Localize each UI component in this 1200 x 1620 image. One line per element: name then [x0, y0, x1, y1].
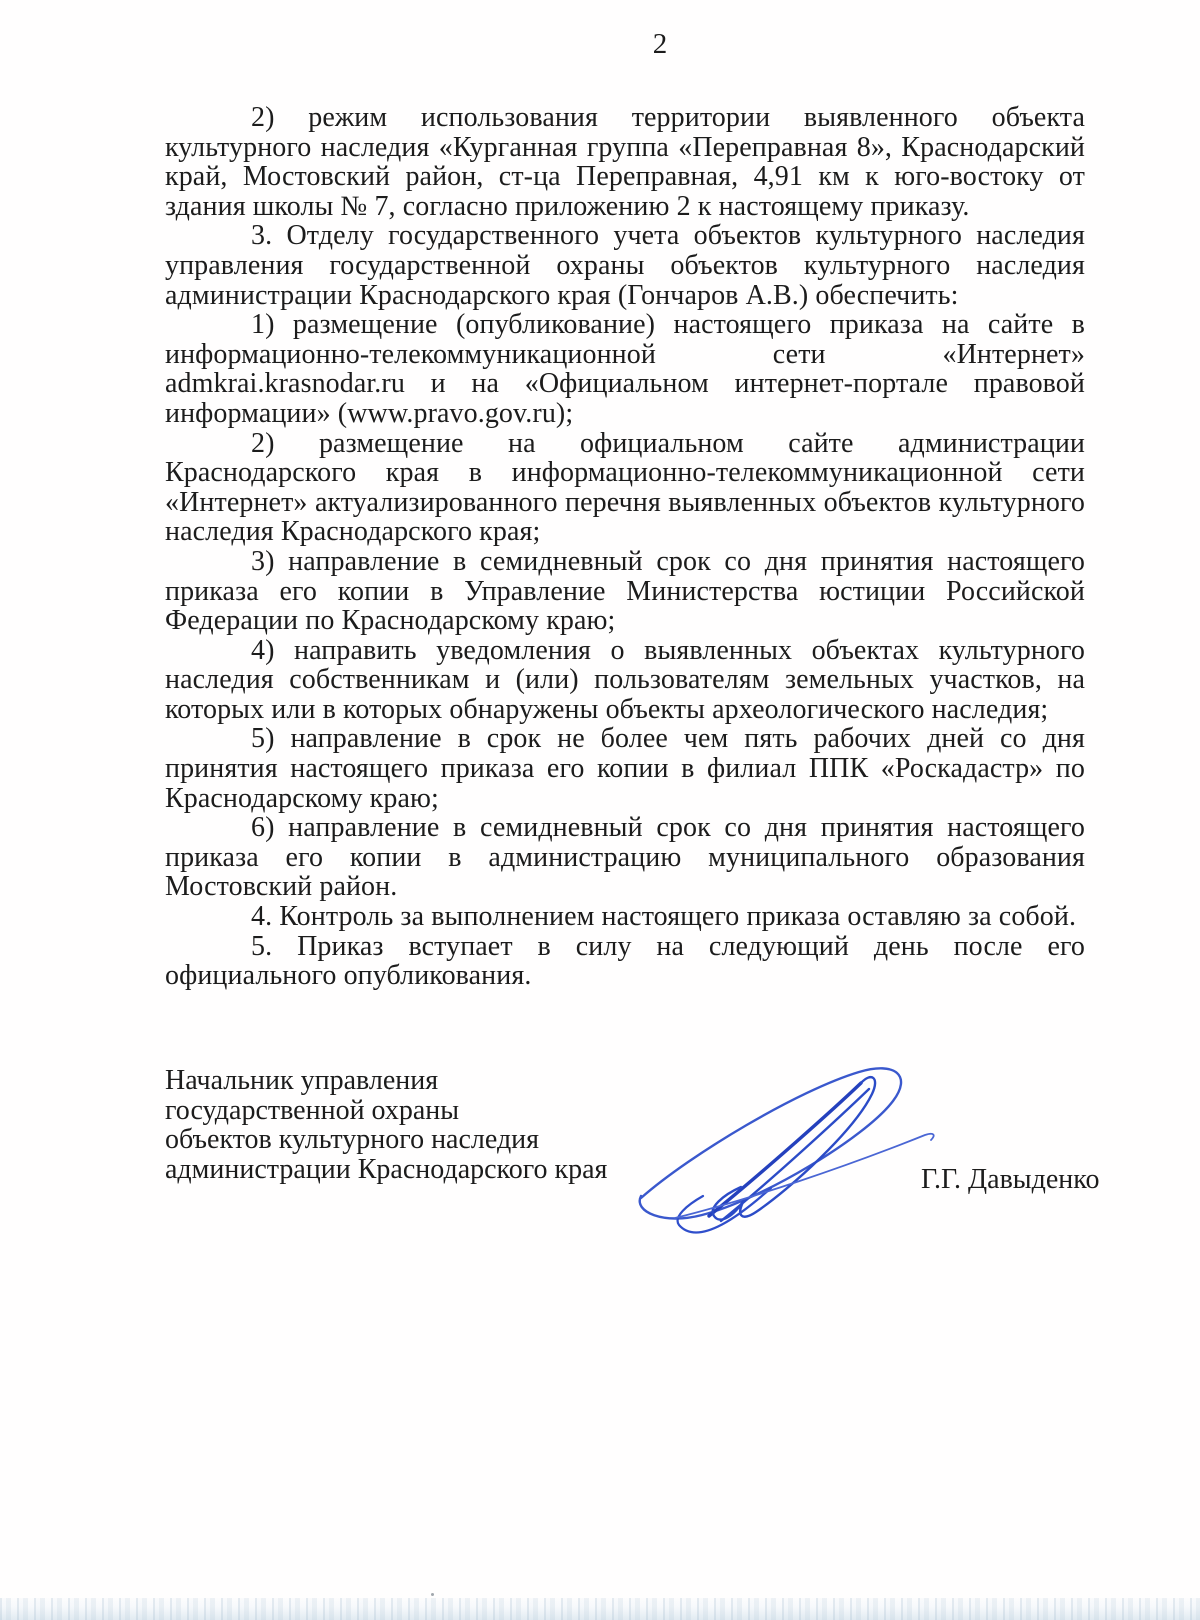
paragraph-subitem-4: 4) направить уведомления о выявленных об… — [165, 636, 1085, 725]
signatory-title-line: государственной охраны — [165, 1096, 607, 1126]
signatory-title-line: Начальник управления — [165, 1066, 607, 1096]
document-body: 2) режим использования территории выявле… — [165, 103, 1085, 991]
signatory-name: Г.Г. Давыденко — [921, 1164, 1099, 1196]
paragraph-item-3: 3. Отделу государственного учета объекто… — [165, 221, 1085, 310]
paragraph-subitem-3: 3) направление в семидневный срок со дня… — [165, 547, 1085, 636]
signatory-title-line: объектов культурного наследия — [165, 1125, 607, 1155]
page-number: 2 — [0, 28, 1200, 61]
paragraph-territory-regime: 2) режим использования территории выявле… — [165, 103, 1085, 221]
paragraph-subitem-5: 5) направление в срок не более чем пять … — [165, 724, 1085, 813]
paragraph-subitem-2: 2) размещение на официальном сайте админ… — [165, 429, 1085, 547]
signatory-title-line: администрации Краснодарского края — [165, 1155, 607, 1185]
handwritten-signature-icon — [603, 1048, 948, 1248]
paragraph-subitem-1: 1) размещение (опубликование) настоящего… — [165, 310, 1085, 428]
paragraph-item-4: 4. Контроль за выполнением настоящего пр… — [165, 902, 1085, 932]
signatory-title-block: Начальник управления государственной охр… — [165, 1066, 607, 1184]
document-page: 2 2) режим использования территории выяв… — [0, 0, 1200, 1620]
paragraph-item-5: 5. Приказ вступает в силу на следующий д… — [165, 932, 1085, 991]
paragraph-subitem-6: 6) направление в семидневный срок со дня… — [165, 813, 1085, 902]
scan-artifact-band — [0, 1598, 1200, 1620]
scan-speck — [431, 1593, 434, 1596]
